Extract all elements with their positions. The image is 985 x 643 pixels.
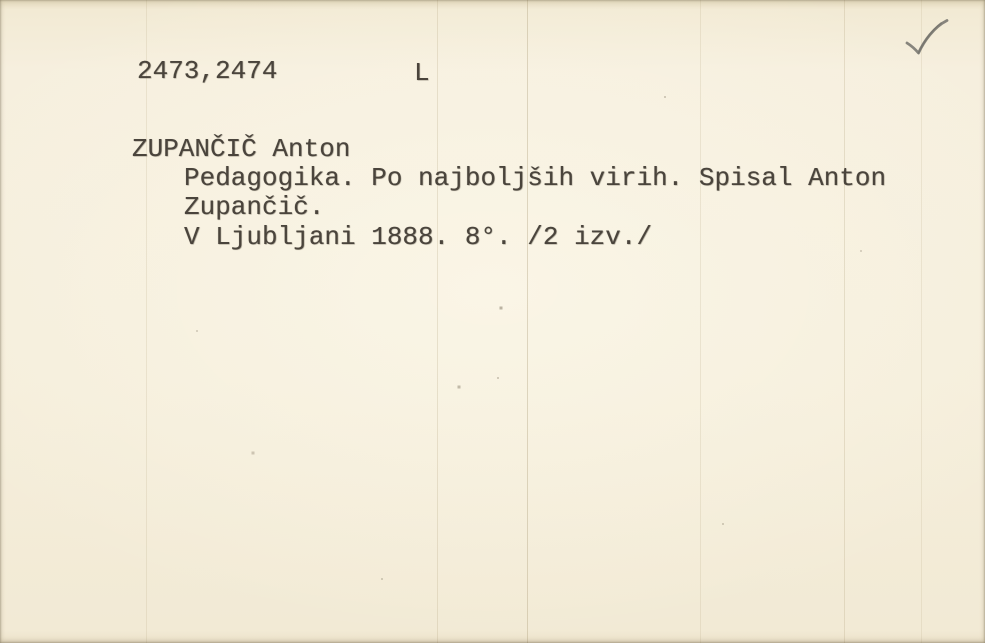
- entry-title-line: Zupančič.: [184, 192, 324, 222]
- call-number: 2473,2474: [137, 56, 277, 86]
- paper-texture: [0, 0, 2, 2]
- check-icon: [901, 16, 955, 64]
- entry-heading: ZUPANČIČ Anton: [132, 134, 350, 164]
- entry-title-line: Pedagogika. Po najboljših virih. Spisal …: [184, 163, 886, 193]
- section-letter: L: [414, 58, 430, 88]
- catalog-card: 2473,2474 L ZUPANČIČ Anton Pedagogika. P…: [0, 0, 985, 643]
- entry-imprint: V Ljubljani 1888. 8°. /2 izv./: [184, 222, 652, 252]
